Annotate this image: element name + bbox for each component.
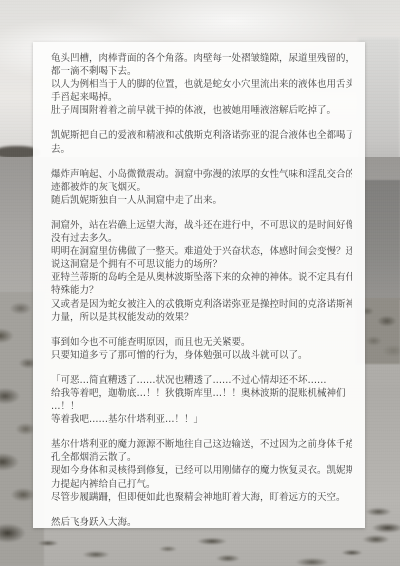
story-line: 事到如今也不可能查明原因，而且也无关紧要。 [51, 336, 352, 349]
story-line: 力提起内裤给自己打气。 [51, 478, 352, 491]
paragraph: 事到如今也不可能查明原因，而且也无关紧要。只要知道多亏了那可憎的行为，身体勉强可… [51, 336, 352, 362]
story-line: 没有过去多久。 [51, 232, 352, 245]
paragraph: 「可恶…简直糟透了……状况也糟透了……不过心情却还不坏……给我等着吧，迦勒底…！… [51, 374, 352, 426]
story-line: 迹都被炸的灰飞烟灭。 [51, 181, 352, 194]
story-line: 力量，所以是其权能发动的效果？ [51, 311, 352, 324]
story-line: 爆炸声响起、小岛微微震动。洞窟中弥漫的浓厚的女性气味和淫乱交合的痕 [51, 168, 352, 181]
paragraph: 洞窟外，站在岩礁上远望大海，战斗还在进行中，不可思议的是时间好像并没有过去多久。… [51, 219, 352, 324]
story-line: 肚子周围附着着之前早就干掉的体液，也被她用唾液溶解后吃掉了。 [51, 104, 352, 117]
story-line: 基尔什塔利亚的魔力源源不断地往自己这边输送，不过因为之前身体千疮百 [51, 438, 352, 451]
story-line: 现如今身体和灵核得到修复，已经可以用刚储存的魔力恢复灵衣。凯妮斯用 [51, 464, 352, 477]
story-line: 「可恶…简直糟透了……状况也糟透了……不过心情却还不坏…… [51, 374, 352, 387]
paragraph: 凯妮斯把自己的爱液和精液和忒俄斯克利洛诺弥亚的混合液体也全都喝了下去。 [51, 129, 352, 155]
story-line: 手舀起来喝掉。 [51, 91, 352, 104]
story-line: 明明在洞窟里仿佛做了一整天。难道处于兴奋状态，体感时间会变慢？还是 [51, 245, 352, 258]
paragraph: 爆炸声响起、小岛微微震动。洞窟中弥漫的浓厚的女性气味和淫乱交合的痕迹都被炸的灰飞… [51, 168, 352, 207]
story-line: 孔全都烟消云散了。 [51, 451, 352, 464]
paragraph: 基尔什塔利亚的魔力源源不断地往自己这边输送，不过因为之前身体千疮百孔全都烟消云散… [51, 438, 352, 503]
story-line: …！！ [51, 400, 352, 413]
dark-debris-right [360, 498, 400, 544]
story-line: 都一滴不剩喝下去。 [51, 65, 352, 78]
story-line: 凯妮斯把自己的爱液和精液和忒俄斯克利洛诺弥亚的混合液体也全都喝了下 [51, 129, 352, 142]
story-line: 特殊能力？ [51, 284, 352, 297]
story-line: 尽管步履蹒跚，但即便如此也聚精会神地盯着大海，盯着远方的天空。 [51, 491, 352, 504]
paragraph: 然后飞身跃入大海。 [51, 516, 352, 529]
story-line: 又或者是因为蛇女被注入的忒俄斯克利洛诺弥亚是操控时间的克洛诺斯神的 [51, 298, 352, 311]
story-line: 给我等着吧，迦勒底…！！狄俄斯库里…！！奥林波斯的混账机械神们 [51, 387, 352, 400]
text-panel: 龟头凹槽，肉棒背面的各个角落。肉壁每一处褶皱缝隙，尿道里残留的，全都一滴不剩喝下… [33, 42, 365, 528]
story-line: 去。 [51, 143, 352, 156]
story-line: 龟头凹槽，肉棒背面的各个角落。肉壁每一处褶皱缝隙，尿道里残留的，全 [51, 52, 352, 65]
story-line: 然后飞身跃入大海。 [51, 516, 352, 529]
story-line: 亚特兰蒂斯的岛屿全是从奥林波斯坠落下来的众神的神体。说不定具有什么 [51, 271, 352, 284]
story-line: 随后凯妮斯独自一人从洞窟中走了出来。 [51, 194, 352, 207]
story-line: 说这洞窟是个拥有不可思议能力的场所？ [51, 258, 352, 271]
story-line: 等着我吧……基尔什塔利亚…！！」 [51, 413, 352, 426]
paragraph: 龟头凹槽，肉棒背面的各个角落。肉壁每一处褶皱缝隙，尿道里残留的，全都一滴不剩喝下… [51, 52, 352, 117]
story-line: 只要知道多亏了那可憎的行为，身体勉强可以战斗就可以了。 [51, 349, 352, 362]
story-line: 以人为例相当于人的脚的位置，也就是蛇女小穴里流出来的液体也用舌头和 [51, 78, 352, 91]
story-text: 龟头凹槽，肉棒背面的各个角落。肉壁每一处褶皱缝隙，尿道里残留的，全都一滴不剩喝下… [51, 52, 352, 529]
story-line: 洞窟外，站在岩礁上远望大海，战斗还在进行中，不可思议的是时间好像并 [51, 219, 352, 232]
pebbles-seaweed-bottom [0, 528, 400, 566]
